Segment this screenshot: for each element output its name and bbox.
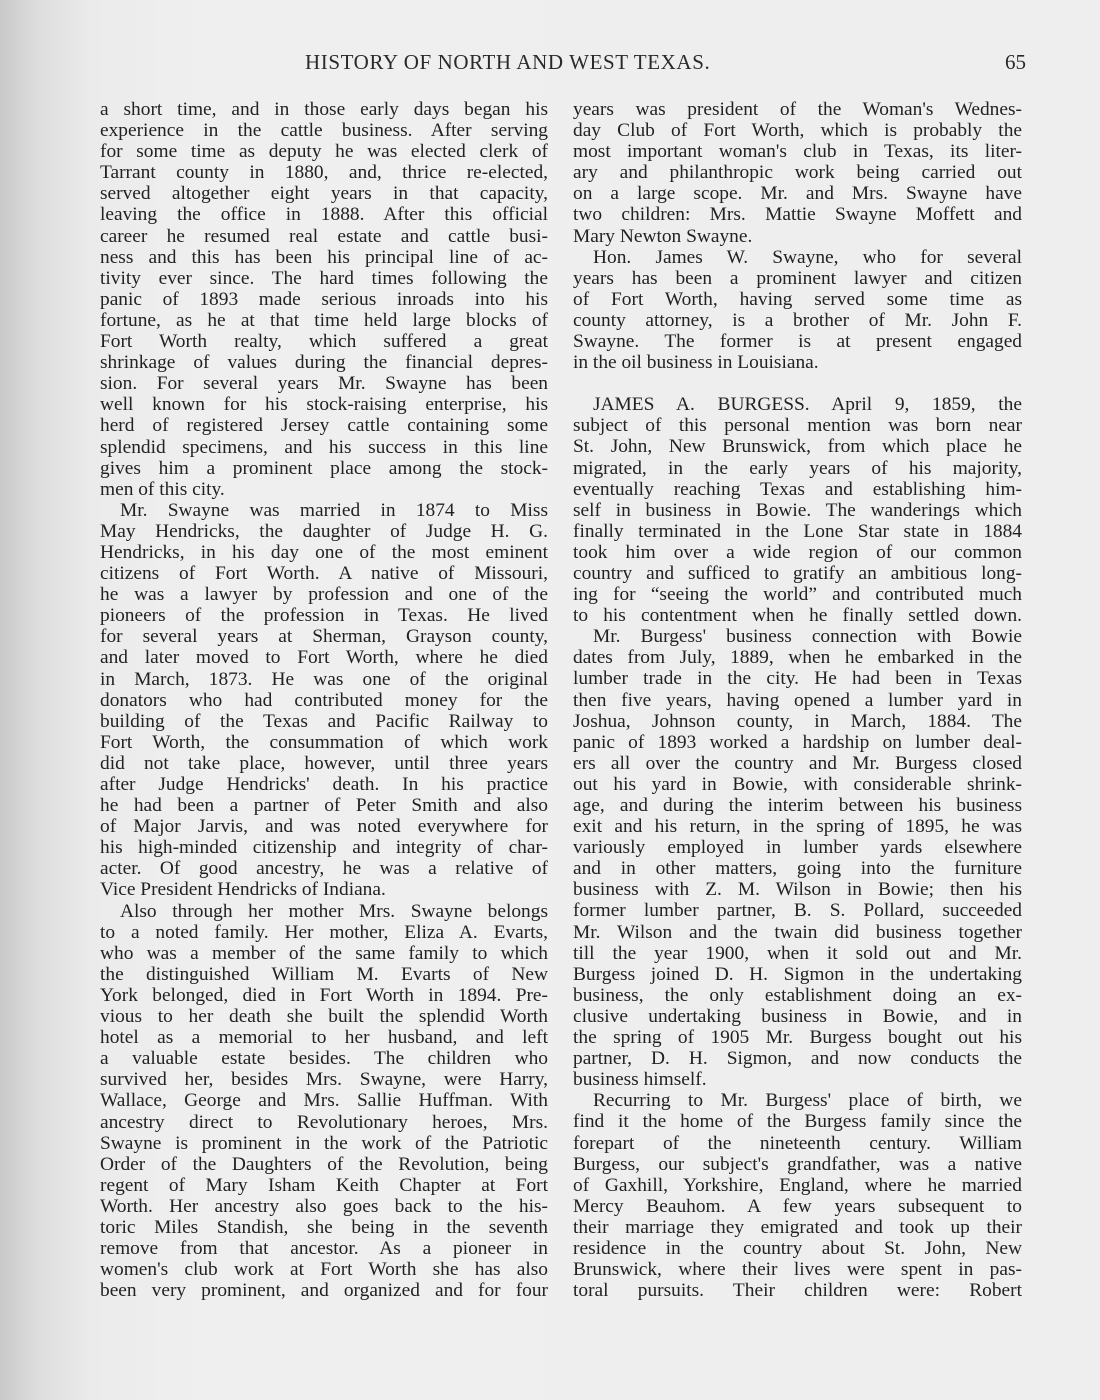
text-line: vious to her death she built the splendi…: [100, 1006, 548, 1027]
text-line: exit and his return, in the spring of 18…: [573, 816, 1022, 837]
text-line: till the year 1900, when it sold out and…: [573, 943, 1022, 964]
text-line: former lumber partner, B. S. Pollard, su…: [573, 900, 1022, 921]
text-line: Tarrant county in 1880, and, thrice re-e…: [100, 162, 548, 183]
text-line: county attorney, is a brother of Mr. Joh…: [573, 310, 1022, 331]
text-line: out his yard in Bowie, with considerable…: [573, 774, 1022, 795]
text-line: Fort Worth, the consummation of which wo…: [100, 732, 548, 753]
text-line: citizens of Fort Worth. A native of Miss…: [100, 563, 548, 584]
text-line: for some time as deputy he was elected c…: [100, 141, 548, 162]
text-line: of Major Jarvis, and was noted everywher…: [100, 816, 548, 837]
page-number: 65: [1005, 50, 1026, 75]
text-line: a valuable estate besides. The children …: [100, 1048, 548, 1069]
page-header: HISTORY OF NORTH AND WEST TEXAS. 65: [0, 50, 1100, 80]
text-line: Swayne. The former is at present engaged: [573, 331, 1022, 352]
text-line: panic of 1893 made serious inroads into …: [100, 289, 548, 310]
text-line: and later moved to Fort Worth, where he …: [100, 647, 548, 668]
running-title: HISTORY OF NORTH AND WEST TEXAS.: [305, 50, 710, 75]
text-line: after Judge Hendricks' death. In his pra…: [100, 774, 548, 795]
text-line: Burgess joined D. H. Sigmon in the under…: [573, 964, 1022, 985]
text-line: Brunswick, where their lives were spent …: [573, 1259, 1022, 1280]
text-line: toral pursuits. Their children were: Rob…: [573, 1280, 1022, 1301]
text-line: Burgess, our subject's grandfather, was …: [573, 1154, 1022, 1175]
text-line: men of this city.: [100, 479, 548, 500]
text-line: the spring of 1905 Mr. Burgess bought ou…: [573, 1027, 1022, 1048]
text-line: to his contentment when he finally settl…: [573, 605, 1022, 626]
text-line: finally terminated in the Lone Star stat…: [573, 521, 1022, 542]
text-line: dates from July, 1889, when he embarked …: [573, 647, 1022, 668]
text-line: herd of registered Jersey cattle contain…: [100, 415, 548, 436]
text-line: Also through her mother Mrs. Swayne belo…: [100, 901, 548, 922]
text-line: day Club of Fort Worth, which is probabl…: [573, 120, 1022, 141]
text-line: women's club work at Fort Worth she has …: [100, 1259, 548, 1280]
text-line: ers all over the country and Mr. Burgess…: [573, 753, 1022, 774]
text-line: survived her, besides Mrs. Swayne, were …: [100, 1069, 548, 1090]
text-line: fortune, as he at that time held large b…: [100, 310, 548, 331]
text-line: of Gaxhill, Yorkshire, England, where he…: [573, 1175, 1022, 1196]
text-line: age, and during the interim between his …: [573, 795, 1022, 816]
text-line: business with Z. M. Wilson in Bowie; the…: [573, 879, 1022, 900]
text-line: Swayne is prominent in the work of the P…: [100, 1133, 548, 1154]
text-line: Hendricks, in his day one of the most em…: [100, 542, 548, 563]
text-line: country and sufficed to gratify an ambit…: [573, 563, 1022, 584]
text-line: Hon. James W. Swayne, who for several: [573, 247, 1022, 268]
text-line: Mr. Swayne was married in 1874 to Miss: [100, 500, 548, 521]
text-line: shrinkage of values during the financial…: [100, 352, 548, 373]
text-line: who was a member of the same family to w…: [100, 943, 548, 964]
text-line: migrated, in the early years of his majo…: [573, 458, 1022, 479]
text-line: St. John, New Brunswick, from which plac…: [573, 436, 1022, 457]
text-line: ing for “seeing the world” and contribut…: [573, 584, 1022, 605]
text-line: clusive undertaking business in Bowie, a…: [573, 1006, 1022, 1027]
text-line: panic of 1893 worked a hardship on lumbe…: [573, 732, 1022, 753]
text-line: in the oil business in Louisiana.: [573, 352, 1022, 373]
text-line: regent of Mary Isham Keith Chapter at Fo…: [100, 1175, 548, 1196]
text-line: Wallace, George and Mrs. Sallie Huffman.…: [100, 1090, 548, 1111]
burgess-biography-section: JAMES A. BURGESS. April 9, 1859, thesubj…: [573, 394, 1022, 1301]
text-line: years has been a prominent lawyer and ci…: [573, 268, 1022, 289]
text-line: been very prominent, and organized and f…: [100, 1280, 548, 1301]
text-line: the distinguished William M. Evarts of N…: [100, 964, 548, 985]
text-line: leaving the office in 1888. After this o…: [100, 204, 548, 225]
section-gap: [573, 373, 1022, 394]
text-line: residence in the country about St. John,…: [573, 1238, 1022, 1259]
text-line: Recurring to Mr. Burgess' place of birth…: [573, 1090, 1022, 1111]
text-line: Vice President Hendricks of Indiana.: [100, 879, 548, 900]
text-line: subject of this personal mention was bor…: [573, 415, 1022, 436]
text-line: on a large scope. Mr. and Mrs. Swayne ha…: [573, 183, 1022, 204]
text-line: then five years, having opened a lumber …: [573, 690, 1022, 711]
text-line: Mr. Burgess' business connection with Bo…: [573, 626, 1022, 647]
text-line: served altogether eight years in that ca…: [100, 183, 548, 204]
text-line: took him over a wide region of our commo…: [573, 542, 1022, 563]
text-line: partner, D. H. Sigmon, and now conducts …: [573, 1048, 1022, 1069]
text-line: sion. For several years Mr. Swayne has b…: [100, 373, 548, 394]
text-line: York belonged, died in Fort Worth in 189…: [100, 985, 548, 1006]
text-line: well known for his stock-raising enterpr…: [100, 394, 548, 415]
text-line: two children: Mrs. Mattie Swayne Moffett…: [573, 204, 1022, 225]
text-line: lumber trade in the city. He had been in…: [573, 668, 1022, 689]
text-line: find it the home of the Burgess family s…: [573, 1111, 1022, 1132]
text-line: toric Miles Standish, she being in the s…: [100, 1217, 548, 1238]
text-line: career he resumed real estate and cattle…: [100, 226, 548, 247]
text-line: most important woman's club in Texas, it…: [573, 141, 1022, 162]
text-line: business, the only establishment doing a…: [573, 985, 1022, 1006]
text-line: a short time, and in those early days be…: [100, 99, 548, 120]
right-text-column: years was president of the Woman's Wedne…: [573, 99, 1022, 1301]
text-line: Mr. Wilson and the twain did business to…: [573, 922, 1022, 943]
text-line: donators who had contributed money for t…: [100, 690, 548, 711]
text-line: for several years at Sherman, Grayson co…: [100, 626, 548, 647]
text-line: acter. Of good ancestry, he was a relati…: [100, 858, 548, 879]
text-line: and in other matters, going into the fur…: [573, 858, 1022, 879]
text-line: ness and this has been his principal lin…: [100, 247, 548, 268]
text-line: to a noted family. Her mother, Eliza A. …: [100, 922, 548, 943]
text-line: forepart of the nineteenth century. Will…: [573, 1133, 1022, 1154]
text-line: he was a lawyer by profession and one of…: [100, 584, 548, 605]
text-line: Mary Newton Swayne.: [573, 226, 1022, 247]
text-line: Order of the Daughters of the Revolution…: [100, 1154, 548, 1175]
text-line: of Fort Worth, having served some time a…: [573, 289, 1022, 310]
swayne-continuation-section: years was president of the Woman's Wedne…: [573, 99, 1022, 373]
text-line: their marriage they emigrated and took u…: [573, 1217, 1022, 1238]
text-line: hotel as a memorial to her husband, and …: [100, 1027, 548, 1048]
text-line: gives him a prominent place among the st…: [100, 458, 548, 479]
text-line: Joshua, Johnson county, in March, 1884. …: [573, 711, 1022, 732]
text-line: his high-minded citizenship and integrit…: [100, 837, 548, 858]
text-line: variously employed in lumber yards elsew…: [573, 837, 1022, 858]
text-line: business himself.: [573, 1069, 1022, 1090]
text-line: JAMES A. BURGESS. April 9, 1859, the: [573, 394, 1022, 415]
text-line: ancestry direct to Revolutionary heroes,…: [100, 1112, 548, 1133]
text-line: years was president of the Woman's Wedne…: [573, 99, 1022, 120]
text-line: pioneers of the profession in Texas. He …: [100, 605, 548, 626]
text-line: in March, 1873. He was one of the origin…: [100, 669, 548, 690]
text-line: tivity ever since. The hard times follow…: [100, 268, 548, 289]
text-line: eventually reaching Texas and establishi…: [573, 479, 1022, 500]
text-line: did not take place, however, until three…: [100, 753, 548, 774]
text-line: Worth. Her ancestry also goes back to th…: [100, 1196, 548, 1217]
text-line: self in business in Bowie. The wandering…: [573, 500, 1022, 521]
text-line: Fort Worth realty, which suffered a grea…: [100, 331, 548, 352]
text-line: ary and philanthropic work being carried…: [573, 162, 1022, 183]
text-line: experience in the cattle business. After…: [100, 120, 548, 141]
text-line: May Hendricks, the daughter of Judge H. …: [100, 521, 548, 542]
left-text-column: a short time, and in those early days be…: [100, 99, 548, 1301]
text-line: building of the Texas and Pacific Railwa…: [100, 711, 548, 732]
text-line: remove from that ancestor. As a pioneer …: [100, 1238, 548, 1259]
text-line: splendid specimens, and his success in t…: [100, 437, 548, 458]
text-line: he had been a partner of Peter Smith and…: [100, 795, 548, 816]
text-line: Mercy Beauhom. A few years subsequent to: [573, 1196, 1022, 1217]
